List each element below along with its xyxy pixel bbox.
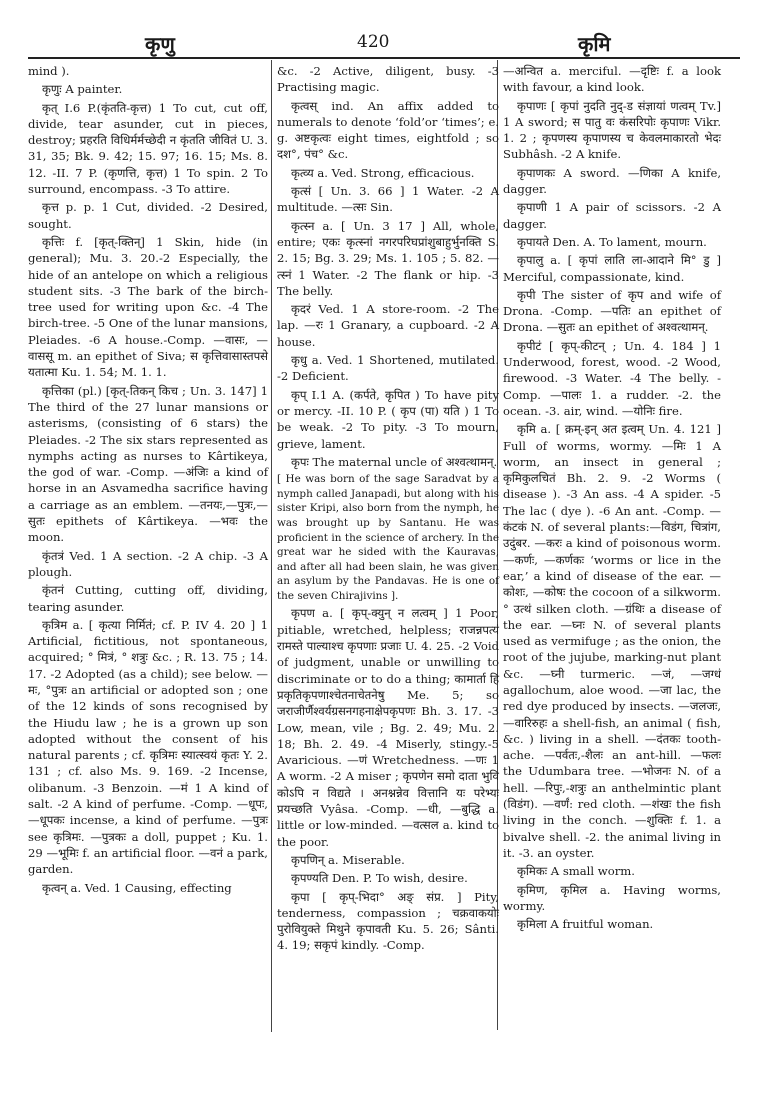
dictionary-entry: कृत्तिः f. [कृत्-क्तिन्] 1 Skin, hide (i… (28, 234, 268, 381)
dictionary-entry: कृणुः A painter. (28, 81, 268, 97)
dictionary-entry: कृत्स्न a. [ Un. 3 17 ] All, whole, enti… (277, 218, 499, 299)
dictionary-entry: कृपाणः [ कृपां नुदति नुद्-ड संज्ञायां णत… (503, 98, 721, 163)
dictionary-entry: कृत्वस् ind. An affix added to numerals … (277, 98, 499, 163)
column-middle: &c. -2 Active, diligent, busy. -3 Practi… (277, 63, 499, 956)
dictionary-entry: कृधु a. Ved. 1 Shortened, mutilated. -2 … (277, 352, 499, 385)
dictionary-entry: कृपी The sister of कृप and wife of Drona… (503, 287, 721, 336)
dictionary-entry: कृमिकः A small worm. (503, 863, 721, 879)
dictionary-note: [ He was born of the sage Saradvat by a … (277, 472, 499, 603)
dictionary-entry: कृत् I.6 P.(कृंतति-कृत्त) 1 To cut, cut … (28, 100, 268, 198)
dictionary-entry: कृत्तिका (pl.) [कृत्-तिकन् किच ; Un. 3. … (28, 383, 268, 546)
dictionary-entry: कृपण्यति Den. P. To wish, desire. (277, 870, 499, 886)
dictionary-entry: &c. -2 Active, diligent, busy. -3 Practi… (277, 63, 499, 96)
dictionary-entry: कृदरं Ved. 1 A store-room. -2 The lap. —… (277, 301, 499, 350)
dictionary-entry: कृत्रिम a. [ कृत्या निर्मितं; cf. P. IV … (28, 617, 268, 878)
dictionary-entry: कृपायते Den. A. To lament, mourn. (503, 234, 721, 250)
dictionary-entry: कृमिला A fruitful woman. (503, 916, 721, 932)
dictionary-entry: कृमि a. [ क्रम्-इन् अत इत्वम् Un. 4. 121… (503, 421, 721, 861)
dictionary-entry: कृप् I.1 A. (कर्पते, कृपित ) To have pit… (277, 387, 499, 452)
page-number: 420 (357, 32, 389, 52)
right-guide-word: कृमि (578, 30, 611, 57)
dictionary-entry: कृपा [ कृप्-भिदा° अङ् संप्र. ] Pity, ten… (277, 889, 499, 954)
dictionary-entry: कृपाणी 1 A pair of scissors. -2 A dagger… (503, 199, 721, 232)
dictionary-entry: कृत्त p. p. 1 Cut, divided. -2 Desired, … (28, 199, 268, 232)
page-header: कृणु 420 कृमि (0, 0, 757, 62)
dictionary-entry: mind ). (28, 63, 268, 79)
header-rule (28, 57, 740, 59)
column-divider (271, 60, 272, 1032)
dictionary-entry: कृपालु a. [ कृपां लाति ला-आदाने मि° डु ]… (503, 252, 721, 285)
dictionary-entry: कृत्वन् a. Ved. 1 Causing, effecting (28, 880, 268, 896)
dictionary-entry: —अन्वित a. merciful. —दृष्टिः f. a look … (503, 63, 721, 96)
dictionary-entry: कृंतत्रं Ved. 1 A section. -2 A chip. -3… (28, 548, 268, 581)
dictionary-entry: कृपण a. [ कृप्-क्युन् न लत्वम् ] 1 Poor,… (277, 605, 499, 849)
dictionary-entry: कृंतनं Cutting, cutting off, dividing, t… (28, 582, 268, 615)
dictionary-entry: कृत्सं [ Un. 3. 66 ] 1 Water. -2 A multi… (277, 183, 499, 216)
dictionary-entry: कृमिण, कृमिल a. Having worms, wormy. (503, 882, 721, 915)
dictionary-entry: कृपाणकः A sword. —णिका A knife, dagger. (503, 165, 721, 198)
left-guide-word: कृणु (145, 30, 175, 57)
dictionary-entry: कृपणिन् a. Miserable. (277, 852, 499, 868)
column-right: —अन्वित a. merciful. —दृष्टिः f. a look … (503, 63, 721, 934)
dictionary-entry: कृत्व्य a. Ved. Strong, efficacious. (277, 165, 499, 181)
column-left: mind ). कृणुः A painter. कृत् I.6 P.(कृं… (28, 63, 268, 898)
dictionary-entry: कृपः The maternal uncle of अश्वत्थामन्. (277, 454, 499, 470)
dictionary-entry: कृपीटं [ कृप्-कीटन् ; Un. 4. 184 ] 1 Und… (503, 338, 721, 419)
